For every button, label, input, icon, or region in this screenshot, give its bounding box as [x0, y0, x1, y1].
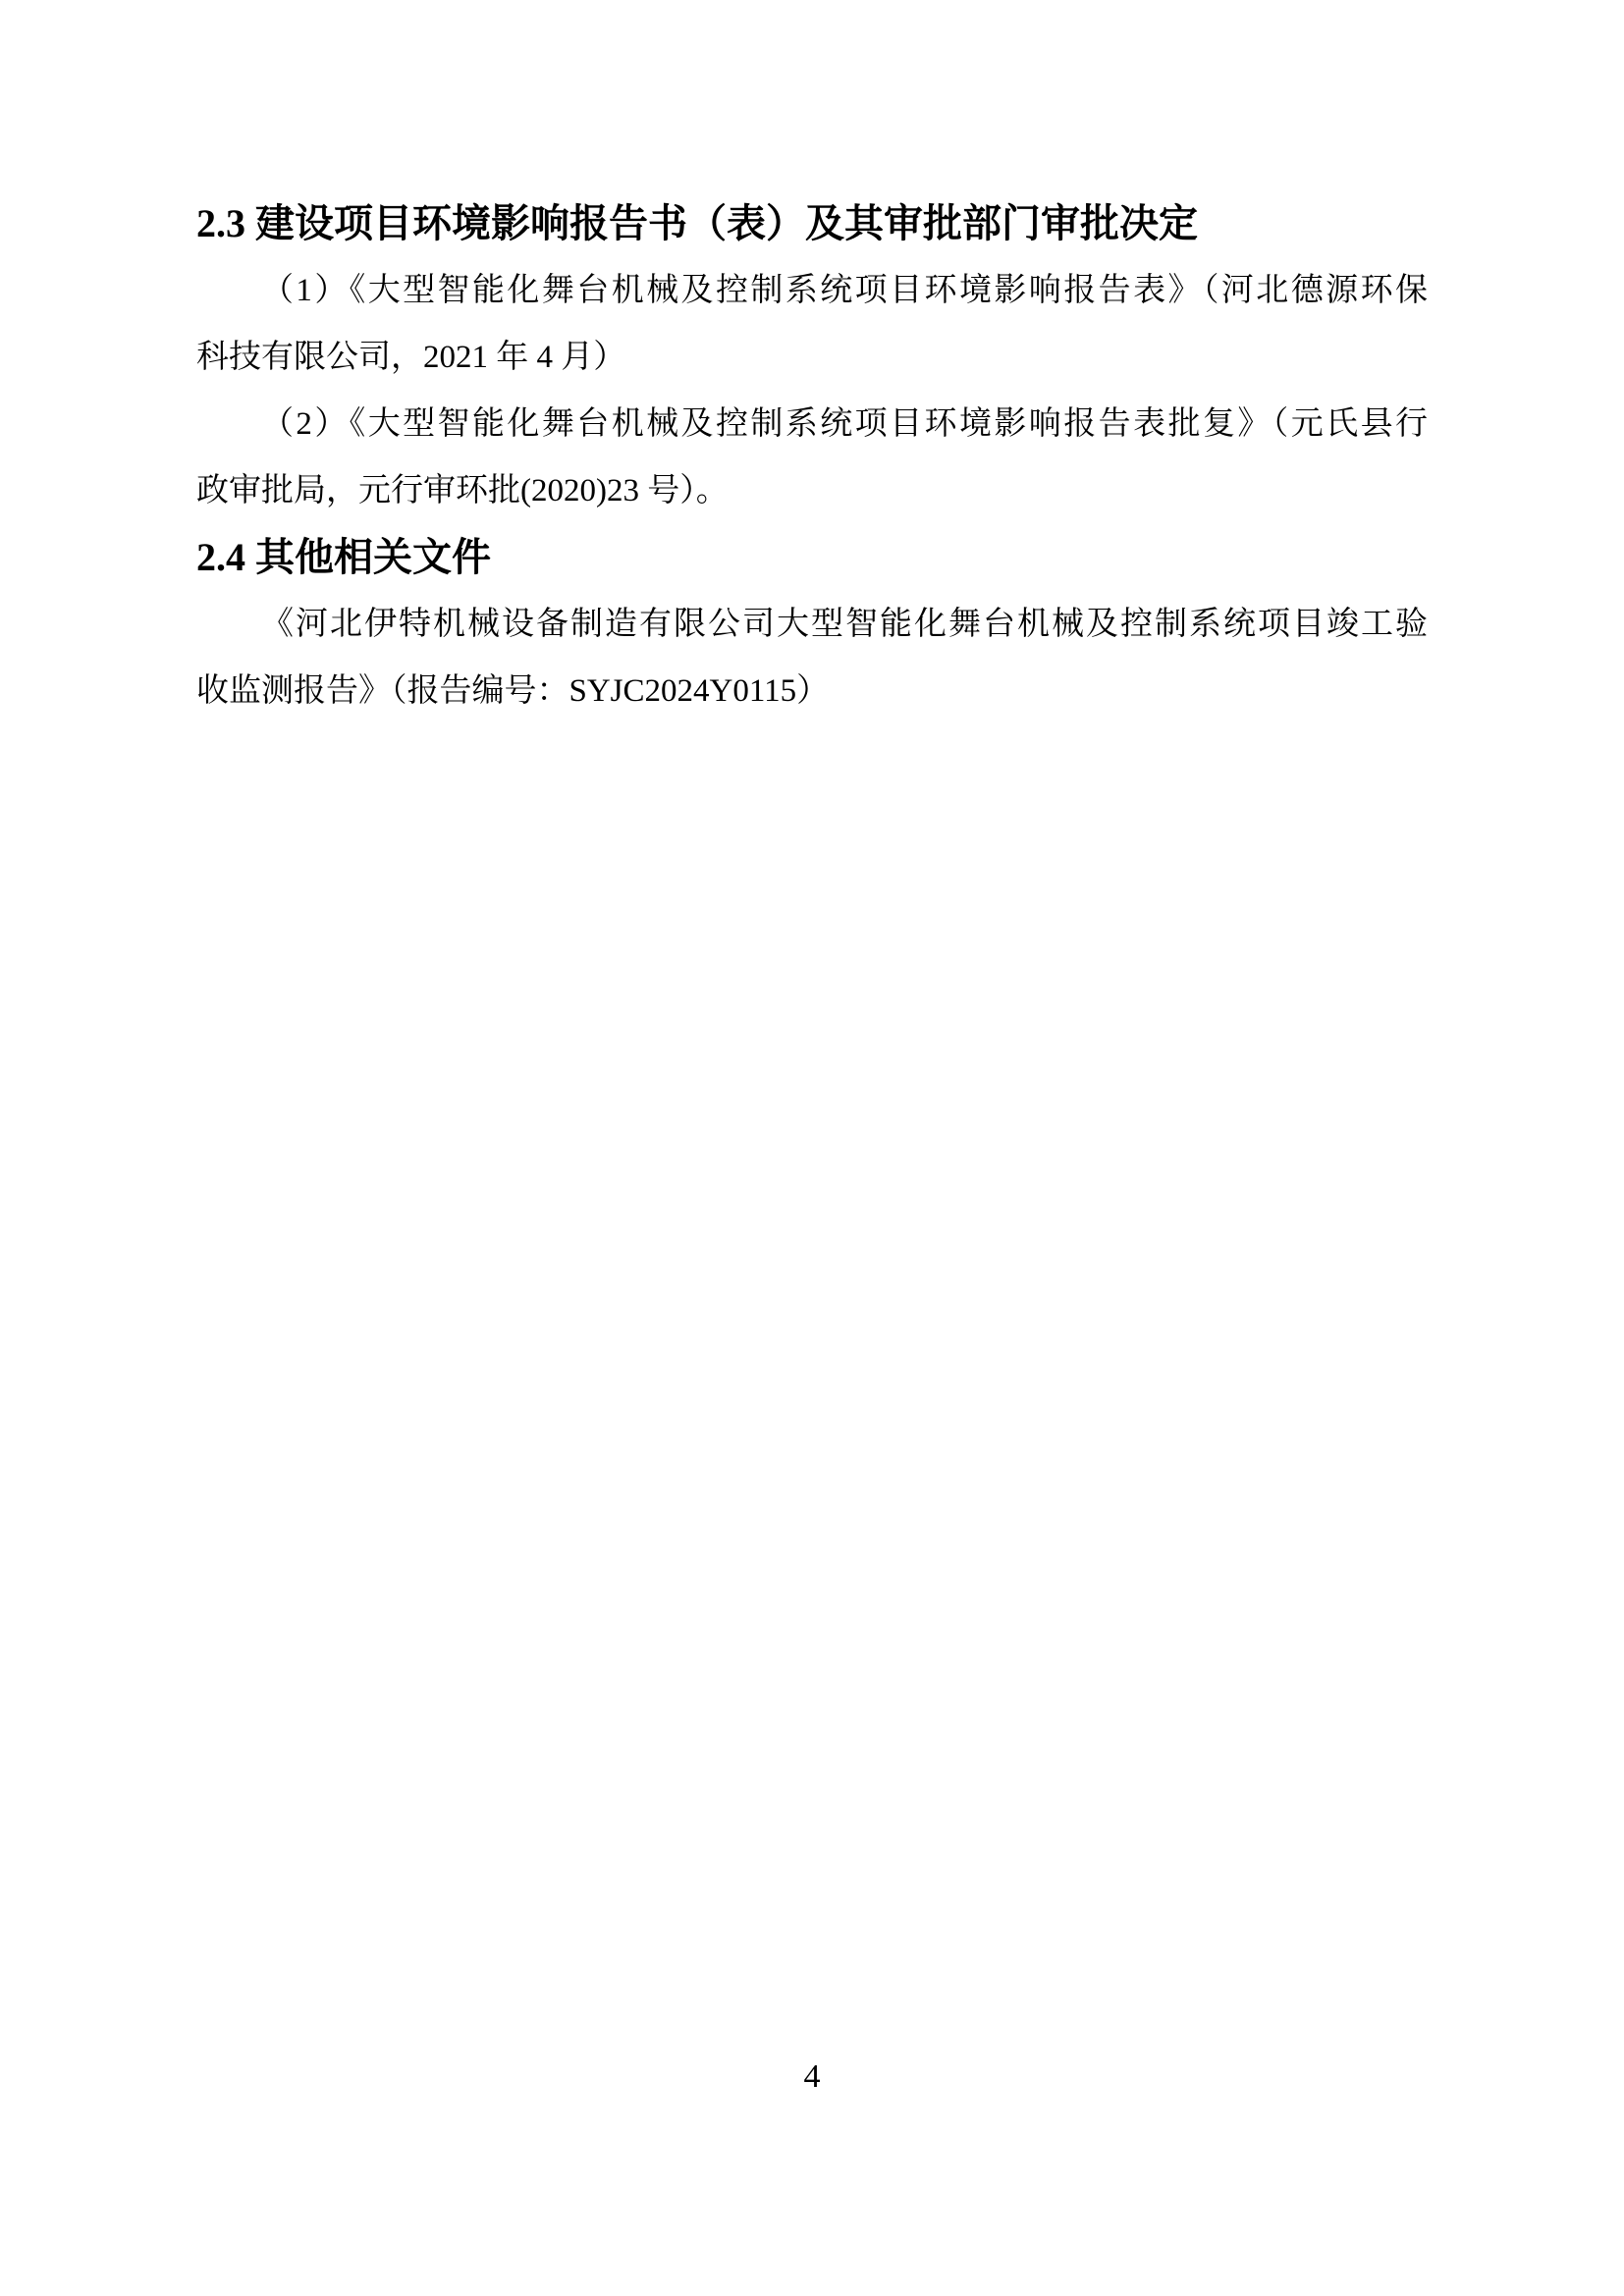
paragraph-1-line-2: 科技有限公司，2021 年 4 月）	[196, 324, 1428, 391]
section-heading-2-4: 2.4 其他相关文件	[196, 524, 1428, 591]
document-page: 2.3 建设项目环境影响报告书（表）及其审批部门审批决定 （1）《大型智能化舞台…	[0, 0, 1624, 2296]
paragraph-1-line-1: （1）《大型智能化舞台机械及控制系统项目环境影响报告表》（河北德源环保	[196, 257, 1428, 324]
page-number: 4	[804, 2058, 821, 2095]
paragraph-3-line-2: 收监测报告》（报告编号：SYJC2024Y0115）	[196, 658, 1428, 724]
document-body: 2.3 建设项目环境影响报告书（表）及其审批部门审批决定 （1）《大型智能化舞台…	[196, 190, 1428, 724]
paragraph-3-line-1: 《河北伊特机械设备制造有限公司大型智能化舞台机械及控制系统项目竣工验	[196, 591, 1428, 658]
page-footer: 4	[0, 2057, 1624, 2097]
paragraph-2-line-2: 政审批局，元行审环批(2020)23 号）。	[196, 457, 1428, 524]
section-heading-2-3: 2.3 建设项目环境影响报告书（表）及其审批部门审批决定	[196, 190, 1428, 257]
paragraph-2-line-1: （2）《大型智能化舞台机械及控制系统项目环境影响报告表批复》（元氏县行	[196, 391, 1428, 457]
